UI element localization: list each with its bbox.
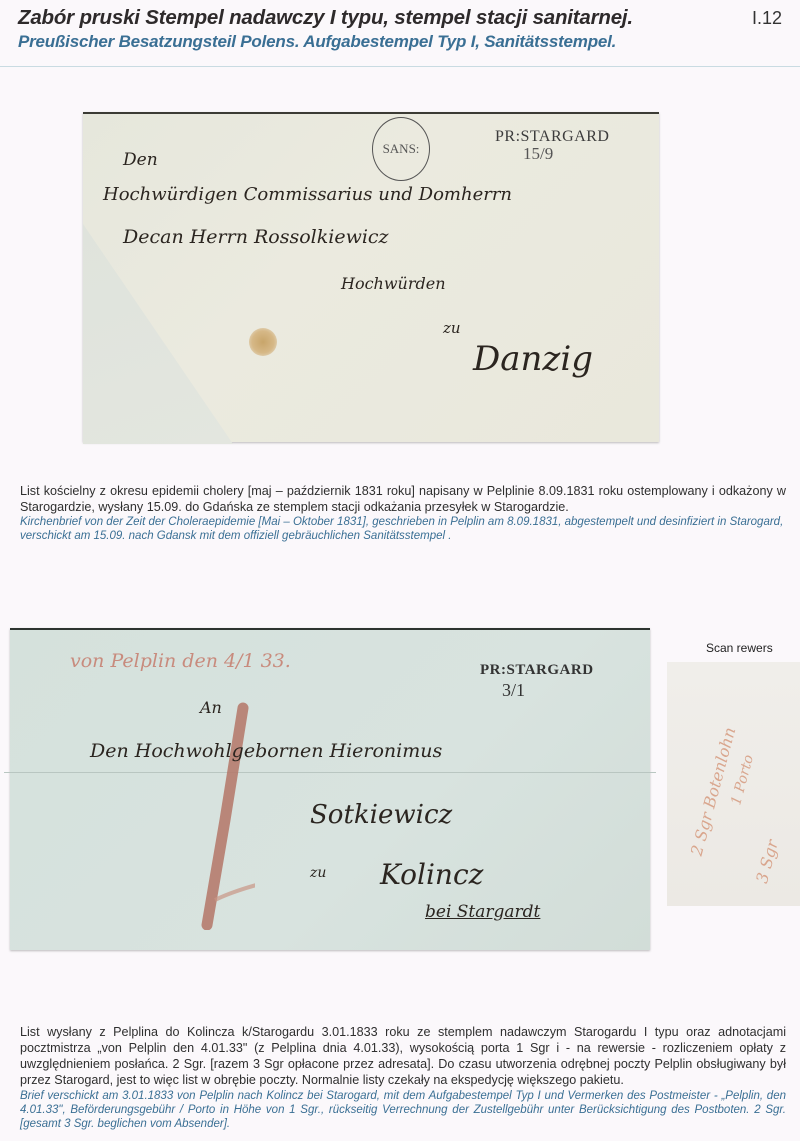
page-header: Zabór pruski Stempel nadawczy I typu, st… — [0, 0, 800, 62]
address-line: zu — [443, 319, 461, 337]
reverse-scan-image: 2 Sgr Botenlohn 1 Porto 3 Sgr — [667, 662, 800, 906]
address-line: Sotkiewicz — [310, 800, 452, 830]
reverse-scan-label: Scan rewers — [706, 641, 773, 655]
reverse-note: 1 Porto — [728, 753, 757, 807]
address-line: Den Hochwohlgebornen Hieronimus — [90, 740, 442, 762]
page-title: Zabór pruski Stempel nadawczy I typu, st… — [18, 6, 633, 30]
stain-mark — [249, 328, 277, 356]
address-line: Den — [123, 150, 158, 170]
address-line: Hochwürdigen Commissarius und Domherrn — [103, 184, 512, 205]
letter-2-description-pl: List wysłany z Pelplina do Kolincza k/St… — [20, 1024, 786, 1088]
dispatch-stamp-date: 3/1 — [502, 680, 525, 701]
header-divider — [0, 66, 800, 67]
address-line: Hochwürden — [341, 274, 446, 293]
address-line: Decan Herrn Rossolkiewicz — [123, 226, 389, 248]
reverse-note: 3 Sgr — [752, 838, 782, 886]
page-number: I.12 — [752, 8, 782, 29]
letter-1-description-de: Kirchenbrief von der Zeit der Choleraepi… — [20, 515, 786, 543]
address-line: An — [200, 698, 222, 717]
dispatch-stamp-date: 15/9 — [523, 144, 553, 164]
letter-1-image: SANS: PR:STARGARD 15/9 Den Hochwürdigen … — [83, 112, 659, 442]
letter-1-description-pl: List kościelny z okresu epidemii cholery… — [20, 483, 786, 515]
envelope-flap — [83, 224, 233, 444]
address-line: Kolincz — [380, 858, 483, 891]
address-line: Danzig — [473, 339, 593, 379]
porto-mark-1 — [185, 700, 255, 930]
letter-2-description-de: Brief verschickt am 3.01.1833 von Pelpli… — [20, 1089, 786, 1131]
page-subtitle: Preußischer Besatzungsteil Polens. Aufga… — [18, 32, 616, 52]
postmaster-note: von Pelplin den 4/1 33. — [70, 650, 291, 672]
address-line: bei Stargardt — [425, 902, 540, 922]
address-line: zu — [310, 865, 326, 881]
letter-2-image: von Pelplin den 4/1 33. PR:STARGARD 3/1 … — [10, 628, 650, 950]
fold-line — [4, 772, 656, 773]
sanitary-stamp: SANS: — [372, 117, 430, 181]
dispatch-stamp: PR:STARGARD — [480, 662, 594, 679]
